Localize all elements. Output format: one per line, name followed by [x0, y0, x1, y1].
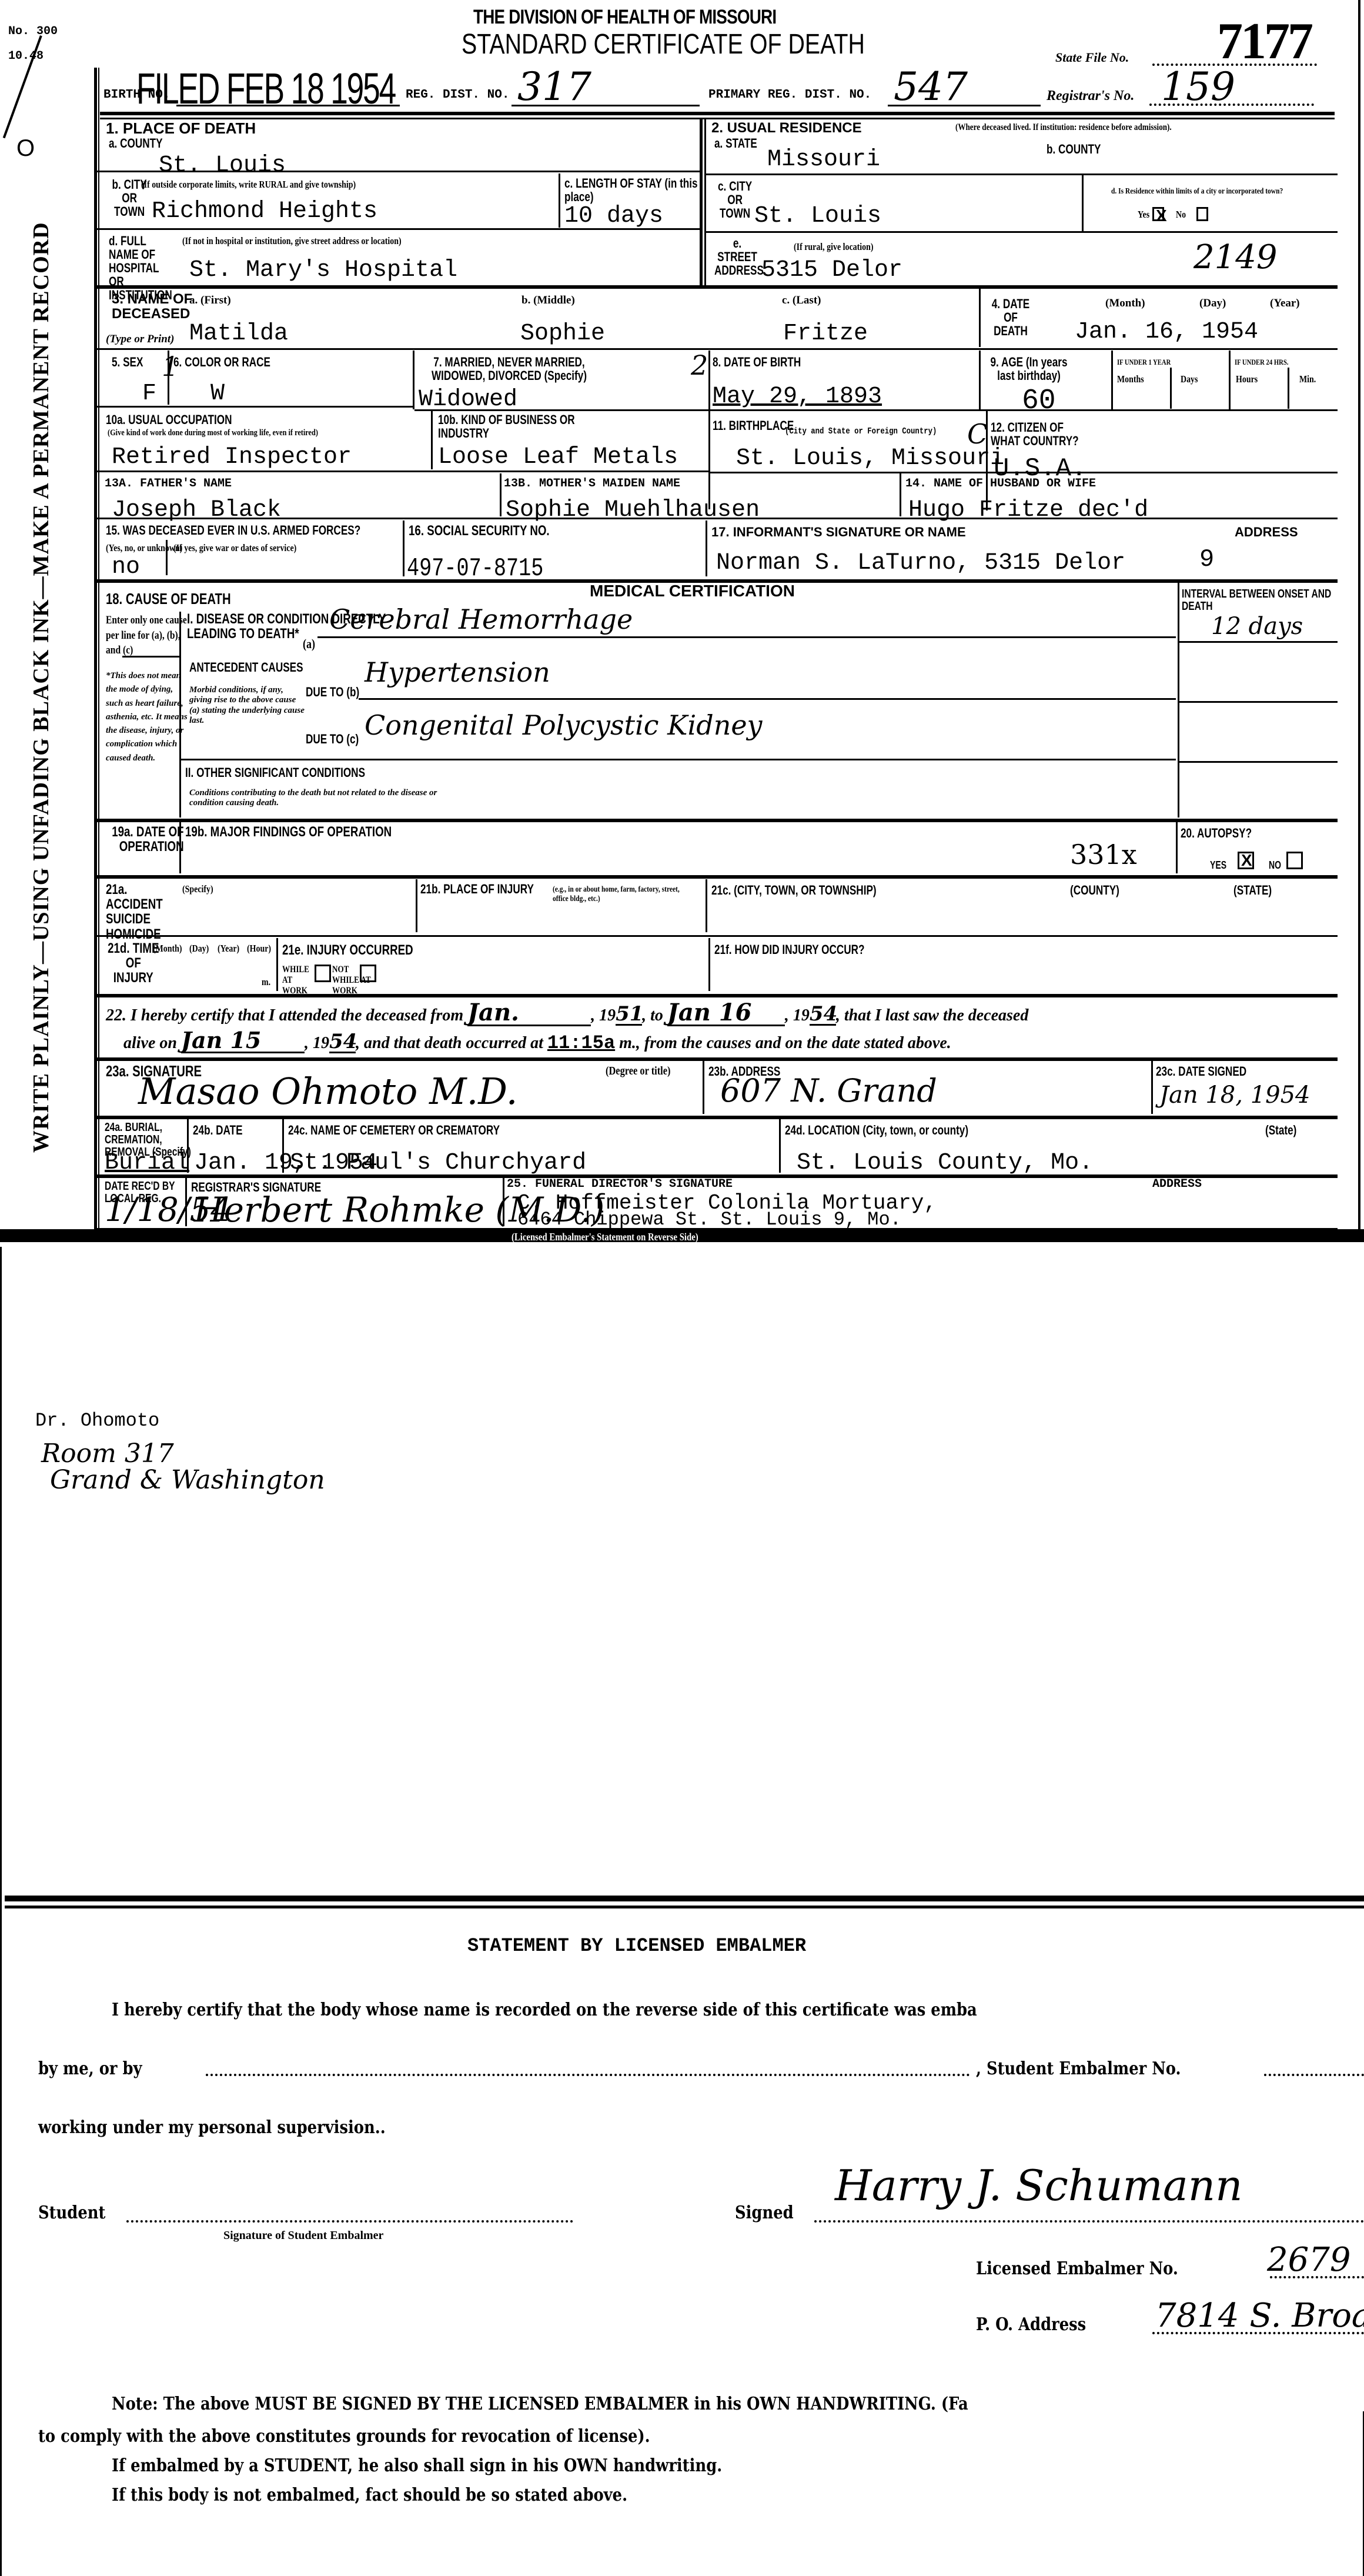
interval-rule-c [1179, 761, 1338, 763]
last-name-value: Fritze [783, 322, 868, 346]
embalmer-line-3: working under my personal supervision.. [38, 2117, 386, 2138]
time-hour-label: (Hour) [247, 943, 271, 955]
student-signature-caption: Signature of Student Embalmer [223, 2229, 383, 2243]
address-code-annotation: 2149 [1193, 241, 1278, 274]
occupation-label: 10a. USUAL OCCUPATION [106, 413, 232, 426]
first-name-value: Matilda [189, 322, 288, 346]
cause-instructions-rule [122, 656, 181, 658]
form-title: STANDARD CERTIFICATE OF DEATH [462, 28, 865, 61]
last-seen-year: 54 [329, 1032, 356, 1053]
death-city-value: Richmond Heights [152, 200, 377, 223]
race-label: 6. COLOR OR RACE [173, 355, 270, 369]
time-m-label: m. [262, 976, 270, 988]
cause-of-death-label: 18. CAUSE OF DEATH [106, 591, 231, 607]
hours-min-divider [1288, 368, 1289, 409]
occupation-note: (Give kind of work done during most of w… [108, 428, 416, 438]
line-c-label: DUE TO (c) [306, 732, 359, 746]
reg-dist-underline [511, 105, 700, 106]
middle-name-label: b. (Middle) [521, 294, 575, 307]
interval-divider [1178, 582, 1179, 817]
line-b-value: Hypertension [365, 659, 550, 686]
informant-label: 17. INFORMANT'S SIGNATURE OR NAME [711, 525, 966, 539]
reverse-side-note: (Licensed Embalmer's Statement on Revers… [511, 1231, 698, 1243]
place-injury-label: 21b. PLACE OF INJURY [420, 882, 534, 896]
physician-signature: Masao Ohmoto M.D. [138, 1073, 518, 1110]
injury-city-label: 21c. (CITY, TOWN, OR TOWNSHIP) [711, 883, 877, 897]
place-of-death-label: 1. PLACE OF DEATH [106, 121, 256, 136]
attestation-line-1: 22. I hereby certify that I attended the… [106, 1001, 1028, 1026]
sex-value: F [142, 382, 156, 406]
residence-state-label: a. STATE [714, 136, 757, 150]
primary-reg-dist-no: 547 [894, 68, 968, 106]
note-line-2: to comply with the above constitutes gro… [38, 2426, 650, 2447]
autopsy-no-checkbox[interactable] [1286, 852, 1303, 869]
embalmer-line-2-prefix: by me, or by [38, 2058, 142, 2079]
rule-5 [97, 406, 414, 408]
margin-circle: O [16, 135, 35, 162]
registrars-dots [1149, 104, 1314, 106]
interval-a-value: 12 days [1211, 615, 1303, 638]
last-seen-year-prefix: , 19 [305, 1034, 329, 1052]
death-month-label: (Month) [1105, 297, 1145, 310]
within-limits-no-label: No [1176, 209, 1186, 221]
hospital-note: (If not in hospital or institution, give… [182, 235, 402, 247]
injury-occurred-label: 21e. INJURY OCCURRED [282, 943, 413, 957]
street-address-value: 5315 Delor [761, 259, 902, 282]
to-year-prefix: , 19 [785, 1006, 810, 1025]
annotation-handwritten-2: Grand & Washington [50, 1467, 325, 1493]
degree-label: (Degree or title) [606, 1065, 670, 1078]
street-address-label: e. STREET ADDRESS [714, 236, 760, 277]
disposition-date-label: 24b. DATE [193, 1123, 243, 1137]
citizen-label: 12. CITIZEN OF WHAT COUNTRY? [991, 421, 1092, 448]
registrars-no-label: Registrar's No. [1047, 88, 1134, 104]
op-code: 331x [1070, 841, 1137, 868]
rule-8 [708, 409, 1338, 411]
student-embalmer-name-field[interactable] [206, 2074, 970, 2076]
reverse-top-rule [5, 1896, 1364, 1901]
armed-forces-note-1: (Yes, no, or unknown) [106, 542, 182, 554]
license-no-label: Licensed Embalmer No. [976, 2258, 1178, 2279]
note-line-4: If this body is not embalmed, fact shoul… [112, 2485, 627, 2505]
armed-forces-label: 15. WAS DECEASED EVER IN U.S. ARMED FORC… [106, 523, 360, 537]
city-stay-divider [559, 173, 560, 228]
part-2-label: II. OTHER SIGNIFICANT CONDITIONS [185, 766, 365, 779]
within-limits-no-checkbox[interactable] [1196, 207, 1208, 221]
location-state-label: (State) [1265, 1123, 1296, 1137]
accident-place-divider [416, 879, 417, 932]
under-24-label: IF UNDER 24 HRS. [1235, 358, 1288, 367]
dob-value: May 29, 1893 [713, 385, 882, 409]
length-of-stay-label: c. LENGTH OF STAY (in this place) [564, 176, 702, 203]
autopsy-yes-label: YES [1210, 860, 1226, 871]
middle-name-value: Sophie [520, 322, 605, 346]
how-injury-label: 21f. HOW DID INJURY OCCUR? [714, 943, 865, 956]
interval-rule-b [1179, 701, 1338, 703]
name-date-divider [979, 288, 981, 347]
length-of-stay-value: 10 days [564, 205, 663, 228]
embalmer-line-2-suffix: , Student Embalmer No. [976, 2058, 1181, 2079]
days-label: Days [1181, 373, 1198, 385]
funeral-director-label: 25. FUNERAL DIRECTOR'S SIGNATURE [507, 1178, 733, 1190]
line-a-value: Cerebral Hemorrhage [329, 606, 633, 633]
accident-specify: (Specify) [182, 883, 213, 895]
from-year-prefix: , 19 [591, 1006, 616, 1025]
section-1-2-divider-2 [704, 118, 706, 288]
time-year-label: (Year) [218, 943, 239, 955]
while-at-work-label: WHILE AT WORK [282, 965, 311, 996]
death-year-label: (Year) [1270, 297, 1300, 310]
race-value: W [210, 382, 225, 406]
residence-city-label: c. CITY OR TOWN [714, 179, 755, 220]
date-of-death-label: 4. DATE OF DEATH [988, 297, 1034, 338]
line-c-rule [179, 759, 1176, 760]
cause-footnote: *This does not mean the mode of dying, s… [106, 669, 188, 765]
marital-value: Widowed [419, 388, 517, 412]
street-address-note: (If rural, give location) [794, 241, 874, 253]
residence-city-value: St. Louis [754, 205, 881, 228]
attestation-prefix: 22. I hereby certify that I attended the… [106, 1006, 463, 1025]
rule-2a [706, 173, 1338, 175]
armed-ssn-divider [403, 520, 404, 576]
residence-state-value: Missouri [767, 148, 880, 172]
rule-7 [414, 409, 708, 411]
name-type-print-note: (Type or Print) [106, 333, 174, 346]
time-month-label: (Month) [153, 943, 182, 955]
time-injury-divider [276, 938, 278, 991]
injury-how-divider [708, 938, 710, 991]
attestation-line-2: alive on Jan 15, 1954, and that death oc… [123, 1029, 951, 1054]
part-2-note: Conditions contributing to the death but… [189, 788, 472, 809]
within-limits-label: d. Is Residence within limits of a city … [1111, 187, 1313, 196]
location-label: 24d. LOCATION (City, town, or county) [785, 1123, 968, 1137]
residence-county-label: b. COUNTY [1047, 142, 1101, 156]
embalmer-signature: Harry J. Schumann [835, 2164, 1243, 2207]
margin-form-no: No. 300 [8, 25, 58, 38]
student-signature-field[interactable] [126, 2220, 573, 2223]
rule-13 [97, 518, 1338, 519]
attestation-suffix: , that I last saw the deceased [836, 1006, 1028, 1025]
license-no: 2679 [1267, 2244, 1351, 2277]
father-label: 13a. FATHER'S NAME [105, 478, 232, 490]
usual-residence-label: 2. USUAL RESIDENCE [711, 121, 862, 135]
accident-label: 21a. ACCIDENT SUICIDE HOMICIDE [106, 882, 161, 942]
autopsy-label: 20. AUTOPSY? [1181, 826, 1252, 840]
primary-reg-dist-label: PRIMARY REG. DIST. NO. [708, 88, 871, 102]
note-line-1: Note: The above MUST BE SIGNED BY THE LI… [112, 2394, 968, 2414]
age-under1-divider [1111, 351, 1113, 409]
death-county-label: a. COUNTY [109, 136, 163, 150]
registrars-no: 159 [1161, 68, 1235, 106]
signature-address-divider [703, 1060, 704, 1114]
po-address-label: P. O. Address [976, 2314, 1086, 2335]
annotation-handwritten-1: Room 317 [41, 1441, 174, 1467]
attestation-line-2-suffix: m., from the causes and on the date stat… [619, 1034, 951, 1052]
cemetery-location-divider [779, 1119, 781, 1173]
agency-title: THE DIVISION OF HEALTH OF MISSOURI [473, 6, 776, 29]
residence-limits-divider [1082, 175, 1084, 231]
death-occurred-label: , and that death occurred at [356, 1034, 543, 1052]
op-date-label: 19a. DATE OF OPERATION [106, 825, 184, 854]
last-seen-date: Jan 15 [181, 1029, 305, 1053]
occupation-business-divider [431, 411, 433, 469]
months-label: Months [1117, 373, 1144, 385]
rule-1b [97, 228, 703, 230]
rule-21a [97, 935, 1338, 937]
date-of-death-value: Jan. 16, 1954 [1075, 321, 1258, 344]
attended-to-year: 54 [810, 1004, 836, 1026]
place-city-divider [706, 879, 707, 932]
hospital-value: St. Mary's Hospital [189, 259, 457, 282]
location-value: St. Louis County, Mo. [797, 1152, 1093, 1175]
page-left-edge [0, 1247, 2, 2576]
first-name-label: a. (First) [189, 294, 231, 307]
ssn-value: 497-07-8715 [407, 556, 543, 582]
reg-dist-label: REG. DIST. NO. [406, 88, 509, 102]
attended-from-month: Jan. [467, 1001, 591, 1026]
rule-1a [97, 171, 703, 172]
marital-code: 2 [691, 352, 708, 379]
autopsy-no-label: NO [1269, 860, 1281, 871]
occupation-value: Retired Inspector [112, 446, 352, 469]
within-limits-yes-label: Yes [1138, 209, 1149, 221]
note-line-3: If embalmed by a STUDENT, he also shall … [112, 2455, 722, 2476]
hours-label: Hours [1236, 373, 1258, 385]
armed-forces-divider [166, 540, 168, 575]
rule-21d [97, 994, 1338, 997]
ssn-informant-divider [706, 520, 707, 576]
alive-on-label: alive on [123, 1034, 177, 1052]
line-a-rule [317, 636, 1176, 638]
birthplace-label: 11. BIRTHPLACE [713, 419, 794, 432]
death-day-label: (Day) [1199, 297, 1226, 310]
embalmer-statement-title: STATEMENT BY LICENSED EMBALMER [467, 1935, 806, 1957]
embalmer-signature-line [814, 2220, 1364, 2223]
birthplace-code: C [967, 421, 988, 448]
usual-residence-note: (Where deceased lived. If institution: r… [955, 122, 1172, 133]
marital-label: 7. MARRIED, NEVER MARRIED, WIDOWED, DIVO… [417, 355, 601, 382]
student-label: Student [38, 2203, 105, 2223]
within-limits-yes-checkbox[interactable] [1152, 207, 1164, 221]
annotation-typed: Dr. Ohomoto [35, 1412, 159, 1430]
race-marital-divider [413, 351, 414, 409]
to-label: , to [642, 1006, 663, 1025]
interval-rule-a [1179, 641, 1338, 643]
line-b-rule [359, 698, 1176, 700]
rule-2c [706, 231, 1338, 233]
rule-18 [97, 819, 1338, 822]
informant-address-label: ADDRESS [1235, 525, 1298, 539]
injury-county-label: (COUNTY) [1070, 883, 1119, 897]
op-findings-label: 19b. MAJOR FINDINGS OF OPERATION [185, 825, 392, 839]
student-embalmer-no-field[interactable] [1264, 2074, 1364, 2076]
date-signed: Jan 18, 1954 [1159, 1083, 1310, 1107]
rule-19 [97, 875, 1338, 879]
line-a-label: (a) [303, 636, 315, 652]
time-day-label: (Day) [189, 943, 209, 955]
informant-code: 9 [1199, 547, 1214, 572]
rule-10 [97, 471, 708, 472]
po-address: 7814 S. Broa [1155, 2300, 1364, 2333]
header-rule-2 [100, 118, 1335, 119]
months-days-divider [1170, 368, 1172, 409]
cemetery-value: St. Paul's Churchyard [290, 1152, 586, 1175]
armed-forces-note-2: (If yes, give war or dates of service) [173, 542, 296, 554]
death-county-value: St. Louis [159, 154, 286, 178]
signed-label: Signed [735, 2203, 794, 2223]
birthplace-value: St. Louis, Missouri [736, 447, 1004, 471]
days-hours-divider [1229, 351, 1231, 409]
age-label: 9. AGE (In years last birthday) [983, 355, 1075, 382]
date-signed-label: 23c. DATE SIGNED [1156, 1065, 1246, 1078]
while-at-work-checkbox[interactable] [315, 965, 331, 982]
interval-label: INTERVAL BETWEEN ONSET AND DEATH [1182, 588, 1333, 613]
state-file-no: 7177 [1217, 12, 1311, 71]
under-1-label: IF UNDER 1 YEAR [1117, 358, 1171, 367]
recd-registrar-divider [185, 1176, 187, 1226]
op-autopsy-divider [1176, 820, 1178, 873]
attended-from-year: 51 [616, 1004, 642, 1026]
side-instruction: WRITE PLAINLY—USING UNFADING BLACK INK—M… [28, 212, 58, 1153]
reverse-top-rule-2 [5, 1906, 1364, 1908]
rule-3 [97, 348, 1338, 350]
business-value: Loose Leaf Metals [438, 446, 678, 469]
antecedent-label: ANTECEDENT CAUSES [189, 660, 303, 674]
medical-certification-heading: MEDICAL CERTIFICATION [590, 582, 795, 599]
last-name-label: c. (Last) [782, 294, 821, 307]
informant-value: Norman S. LaTurno, 5315 Delor [716, 552, 1125, 575]
armed-forces-value: no [112, 556, 140, 579]
mother-spouse-divider [900, 473, 901, 516]
sex-label: 5. SEX [112, 355, 143, 369]
autopsy-yes-checkbox[interactable] [1238, 852, 1254, 869]
death-city-note: (If outside corporate limits, write RURA… [141, 179, 356, 191]
primary-reg-dist-underline [888, 105, 1041, 106]
cemetery-label: 24c. NAME OF CEMETERY OR CREMATORY [288, 1123, 500, 1137]
injury-state-label: (STATE) [1233, 883, 1272, 897]
not-while-at-work-checkbox[interactable] [360, 965, 376, 982]
margin-revision: 10.48 [8, 49, 44, 63]
antecedent-note: Morbid conditions, if any, giving rise t… [189, 685, 307, 726]
date-cemetery-divider [282, 1119, 284, 1173]
method-date-divider [187, 1119, 189, 1173]
line-b-label: DUE TO (b) [306, 685, 359, 699]
place-injury-note: (e.g., in or about home, farm, factory, … [553, 885, 688, 904]
funeral-line-2: 6464 Chippewa St. St. Louis 9, Mo. [517, 1210, 901, 1229]
mother-label: 13b. MOTHER'S MAIDEN NAME [504, 478, 680, 490]
state-file-label: State File No. [1055, 50, 1129, 65]
dob-age-divider [979, 351, 981, 409]
form-frame-right [1358, 0, 1360, 1229]
disposition-method: Burial [105, 1152, 189, 1175]
rule-1d [97, 285, 1338, 289]
sex-race-divider [168, 351, 169, 405]
embalmer-line-1: I hereby certify that the body whose nam… [112, 2000, 977, 2020]
death-time: 11:15a [547, 1032, 615, 1054]
ssn-label: 16. SOCIAL SECURITY NO. [409, 523, 583, 538]
business-label: 10b. KIND OF BUSINESS OR INDUSTRY [438, 413, 594, 440]
header-rule [100, 112, 1335, 115]
attended-to-date: Jan 16 [667, 1001, 785, 1026]
birthplace-note: (City and State or Foreign Country) [785, 426, 937, 436]
birth-no-underline [176, 105, 400, 106]
funeral-address-label: ADDRESS [1152, 1178, 1202, 1190]
line-c-value: Congenital Polycystic Kidney [365, 712, 763, 739]
father-mother-divider [500, 473, 502, 516]
marital-dob-divider [708, 351, 710, 509]
birthplace-citizen-divider [986, 411, 988, 510]
cause-left-divider [179, 612, 181, 817]
address-date-divider [1151, 1060, 1153, 1114]
min-label: Min. [1299, 373, 1316, 385]
op-date-divider [179, 820, 181, 873]
physician-address: 607 N. Grand [720, 1075, 937, 1107]
rule-12 [708, 472, 1338, 473]
spouse-label: 14. NAME OF HUSBAND OR WIFE [905, 478, 1096, 490]
registrar-funeral-divider [503, 1176, 504, 1226]
reg-dist-no: 317 [517, 68, 591, 106]
dob-label: 8. DATE OF BIRTH [713, 355, 801, 369]
